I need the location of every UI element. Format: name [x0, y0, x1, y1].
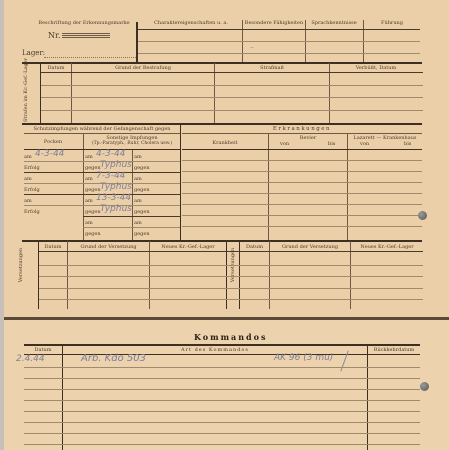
- kommando-note-1: AK 96 (3 mu): [274, 353, 333, 363]
- strafen-col-grund: Grund der Bestrafung: [72, 65, 214, 71]
- impfungen-header: Schutzimpfungen während der Gefangenscha…: [24, 126, 180, 132]
- prisoner-record-card-back: Kommandos Datum Art des Kommandos Rückke…: [4, 320, 449, 450]
- erkrankungen-col-krankheit: Krankheit: [182, 140, 268, 146]
- versetzungen-col-lager-left: Neues Kr.-Gef.-Lager: [150, 244, 226, 250]
- versetzungen-top-border: [22, 240, 422, 242]
- versetzungen-col-grund-right: Grund der Versetzung: [270, 244, 350, 250]
- strafen-col-verbuesst: Verbüßt, Datum: [330, 65, 422, 71]
- kommando-art-1: Arb. Kdo 503: [81, 353, 146, 364]
- nr-line: [62, 33, 110, 34]
- sonstige-date-3: 13-3-44: [96, 193, 131, 203]
- col-faehigkeiten: Besondere Fähigkeiten: [243, 20, 305, 26]
- kommando-datum-1: 2.4.44: [16, 354, 45, 364]
- strafen-col-strafmass: Strafmaß: [215, 65, 329, 71]
- lager-field[interactable]: [44, 56, 136, 58]
- sonstige-gegen-3: Typhus: [100, 204, 132, 214]
- versetzungen-col-datum-left: Datum: [39, 244, 67, 250]
- lager-label: Lager:: [22, 49, 45, 57]
- strafen-side-label: Strafen im Kr.-Gef.-Lager: [23, 62, 29, 122]
- kommandos-col-datum: Datum: [24, 347, 62, 353]
- sonstige-date-2: 7-3-44: [96, 171, 125, 181]
- erkennungsmarke-label: Beschriftung der Erkennungsmarke: [34, 20, 134, 26]
- col-sprachkenntnisse: Sprachkenntnisse: [306, 20, 362, 26]
- impfungen-col-sonstige-sub: (Tp.-Paratyph., Ruhr, Cholera usw.): [84, 141, 180, 147]
- strafen-top-border: [22, 62, 422, 64]
- sonstige-date-1: 4-3-44: [96, 149, 125, 159]
- strafen-col-datum: Datum: [41, 65, 71, 71]
- col-charakter: Charaktereigenschaften u. a.: [140, 20, 242, 26]
- versetzungen-col-datum-right: Datum: [240, 244, 269, 250]
- punch-hole-icon: [420, 382, 429, 391]
- kommandos-col-rueckkehr: Rückkehrdatum: [368, 347, 420, 353]
- versetzungen-col-lager-right: Neues Kr.-Gef.-Lager: [351, 244, 423, 250]
- sonstige-gegen-2: Typhus: [100, 182, 132, 192]
- kommandos-title: Kommandos: [194, 332, 267, 342]
- versetzungen-col-grund-left: Grund der Versetzung: [68, 244, 149, 250]
- versetzungen-side-label-left: Versetzungen: [18, 242, 24, 288]
- col-fuehrung: Führung: [364, 20, 420, 26]
- erkrankungen-header: Erkrankungen: [182, 126, 422, 132]
- impfungen-col-pocken: Pocken: [24, 139, 82, 145]
- prisoner-record-card-front: Beschriftung der Erkennungsmarke Nr. Lag…: [4, 0, 449, 318]
- punch-hole-icon: [418, 211, 427, 220]
- pocken-date-1: 4-3-44: [35, 149, 64, 159]
- nr-label: Nr.: [48, 31, 61, 40]
- impfungen-top-border: [22, 123, 422, 125]
- sonstige-gegen-1: Typhus: [100, 160, 132, 170]
